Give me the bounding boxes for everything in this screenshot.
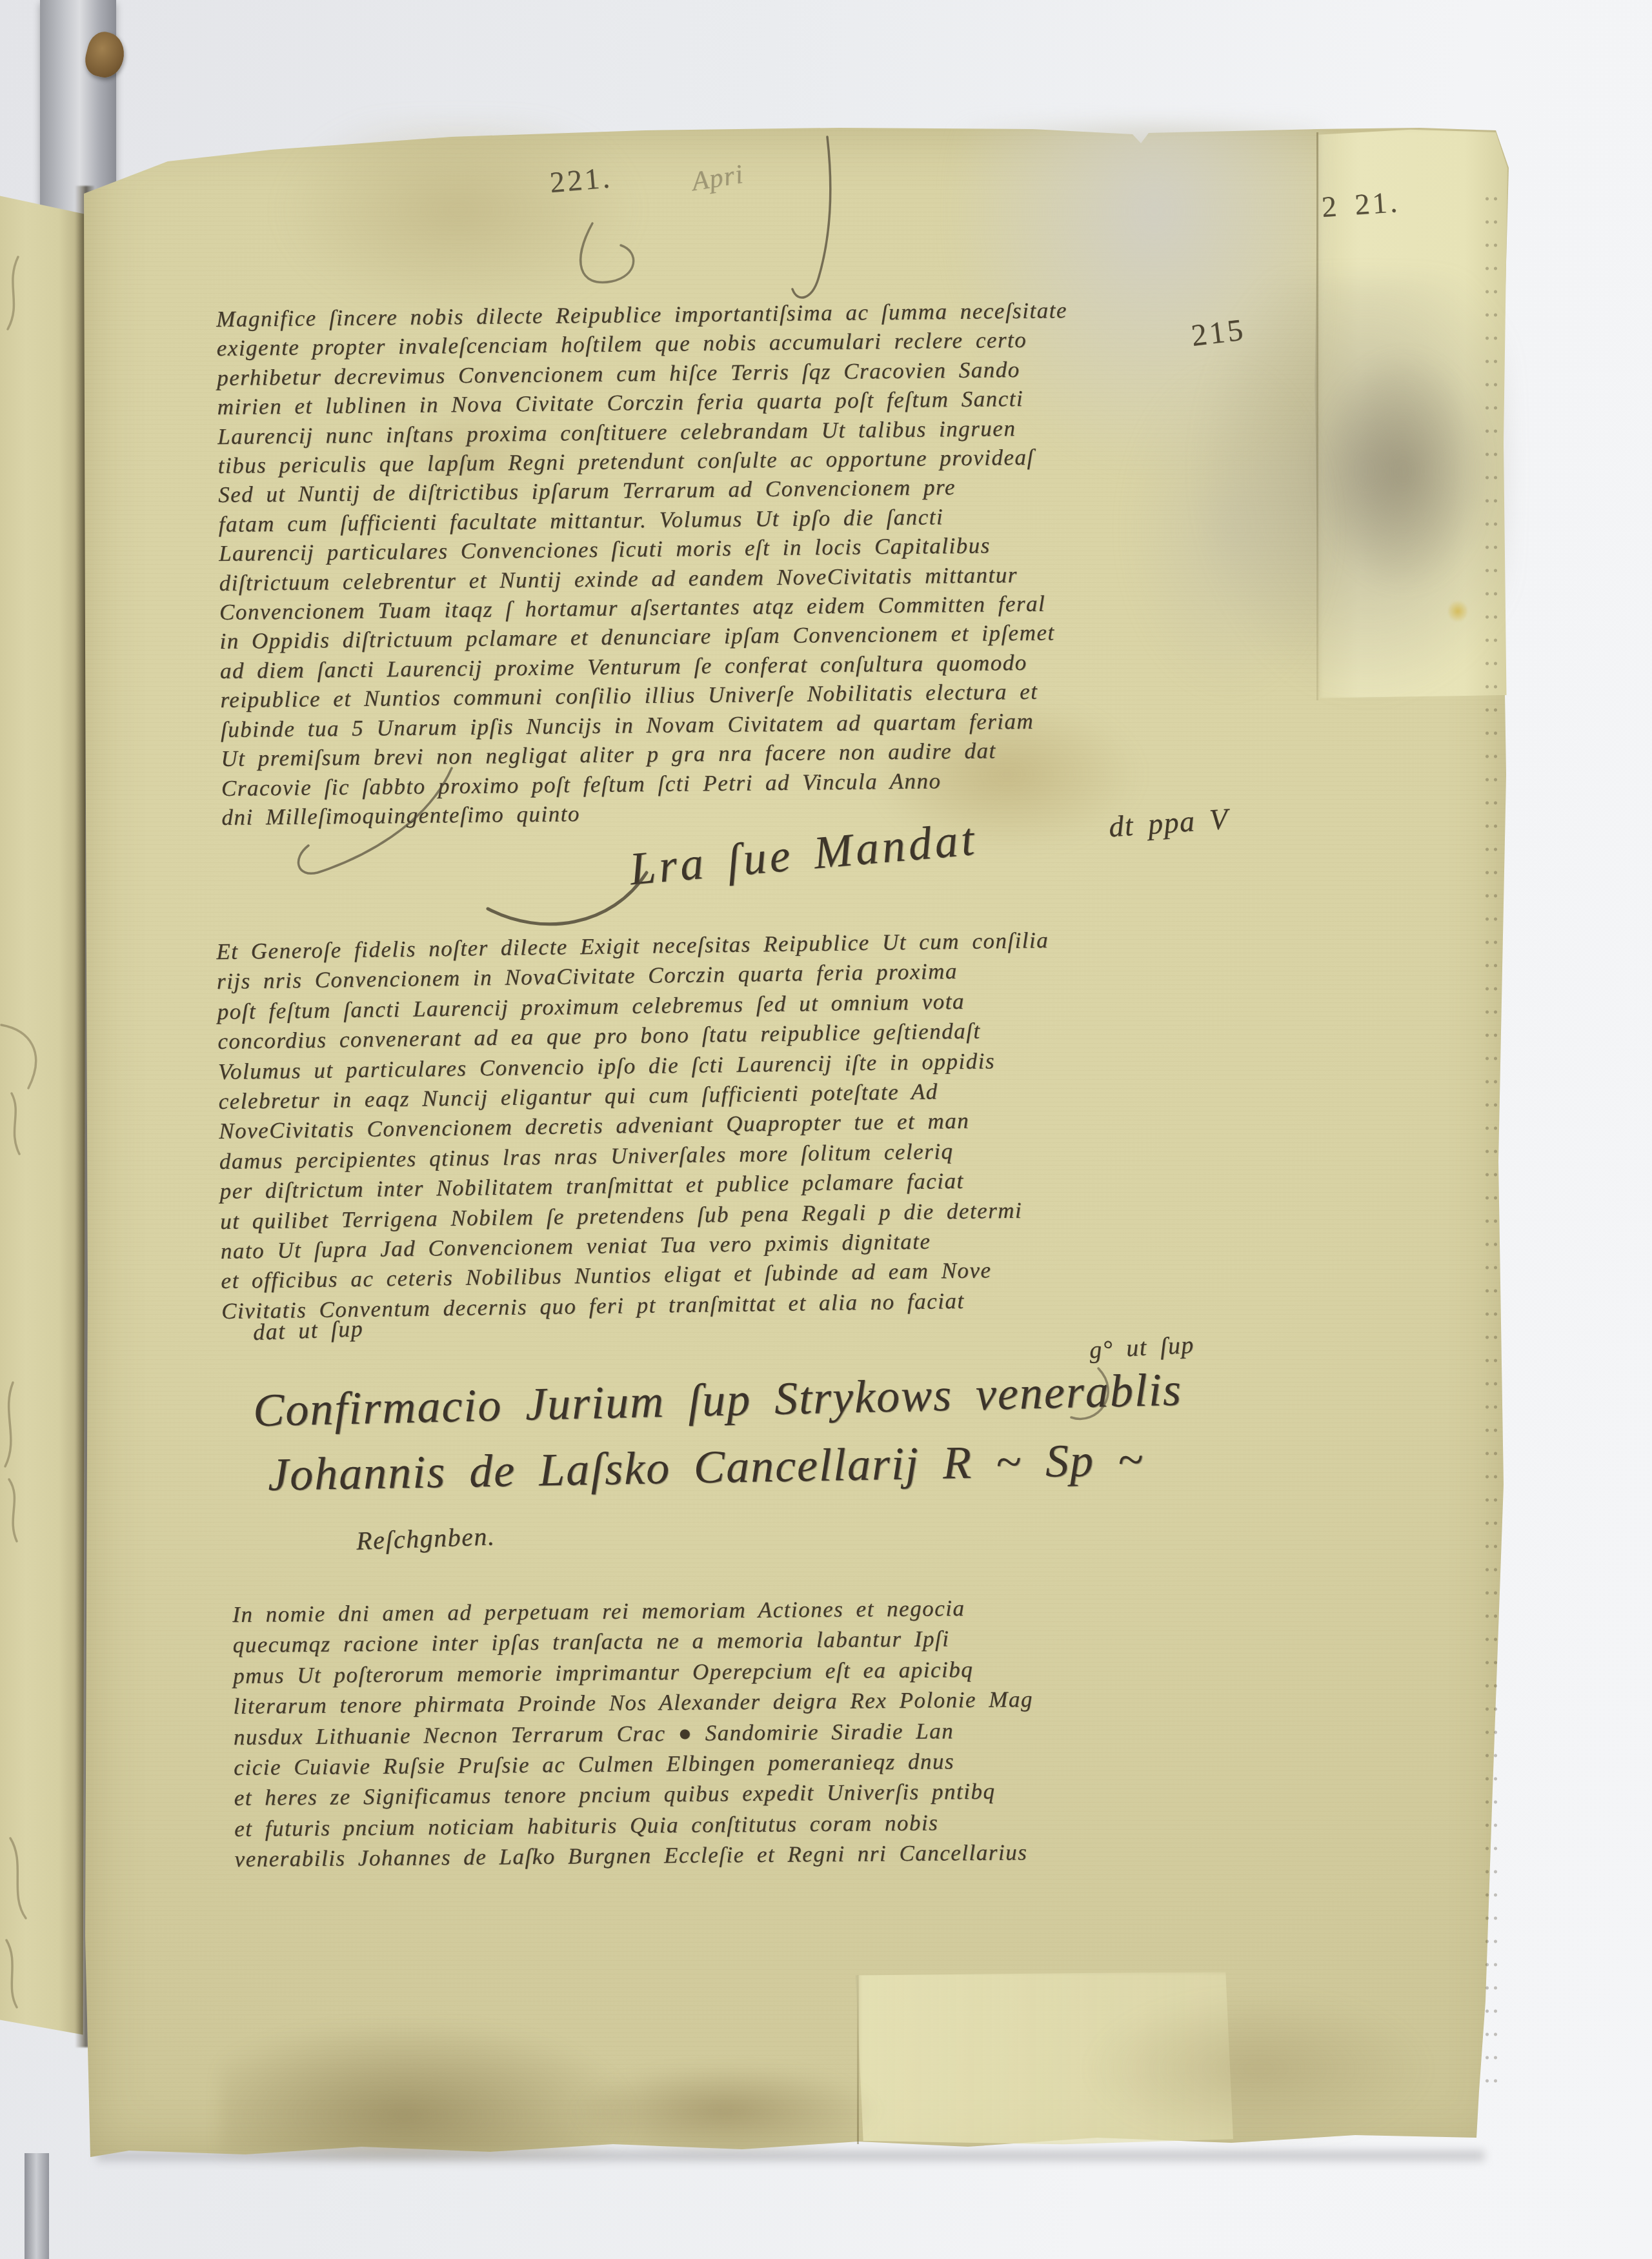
dating-clause: dat ut ſup — [252, 1315, 363, 1346]
paragraph-confirmation-act: In nomie dni amen ad perpetuam rei memor… — [232, 1592, 1034, 1874]
act-heading-subline: Reſchgnben. — [356, 1521, 496, 1555]
manuscript-scan: 221. 2 21. 215 Apri Magnifice ſincere no… — [0, 0, 1652, 2259]
page-drop-shadow — [97, 2151, 1484, 2161]
book-cradle-clamp-bottom — [25, 2153, 49, 2259]
bottom-repair-patch — [856, 1972, 1233, 2146]
folio-number-center: 221. — [549, 160, 614, 199]
margin-number: 215 — [1189, 312, 1247, 354]
paragraph-royal-letter-2: Et Generoſe fidelis noſter dilecte Exigi… — [216, 926, 1054, 1326]
paragraph-royal-letter-1: Magnifice ſincere nobis dilecte Reipubli… — [216, 296, 1073, 832]
previous-page-edge — [0, 188, 86, 2042]
folio-number-corner: 2 21. — [1320, 185, 1400, 224]
dating-clause-right: g° ut ſup — [1089, 1331, 1195, 1364]
